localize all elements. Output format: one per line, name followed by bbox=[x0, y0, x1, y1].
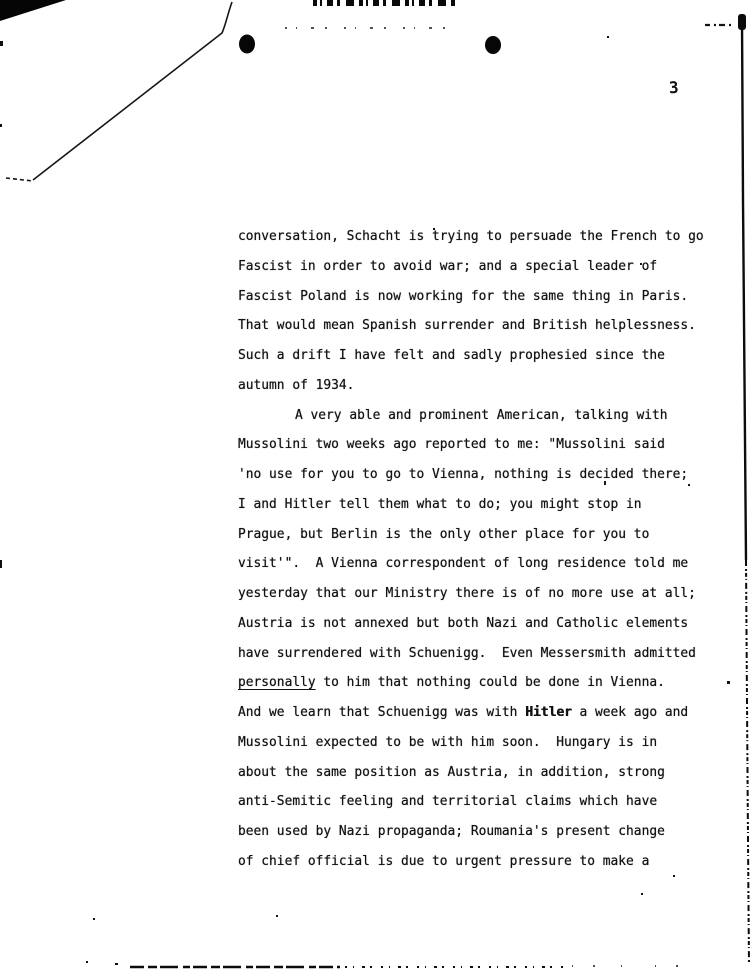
speck bbox=[727, 681, 730, 684]
text-line: And we learn that Schuenigg was with Hit… bbox=[238, 702, 718, 732]
scanned-document-page: 3 conversation, Schacht is trying to per… bbox=[0, 0, 750, 972]
punch-hole-left bbox=[239, 35, 255, 54]
text-line: autumn of 1934. bbox=[238, 375, 718, 405]
text-line: 'no use for you to go to Vienna, nothing… bbox=[238, 464, 718, 494]
text-line: have surrendered with Schuenigg. Even Me… bbox=[238, 643, 718, 673]
text-line: A very able and prominent American, talk… bbox=[238, 405, 718, 435]
right-edge-blob bbox=[738, 14, 746, 30]
left-edge-nick bbox=[0, 41, 3, 46]
text-line: about the same position as Austria, in a… bbox=[238, 762, 718, 792]
text-segment: a week ago and bbox=[572, 705, 688, 720]
text-segment: And we learn that Schuenigg was with bbox=[238, 705, 525, 720]
speck bbox=[607, 36, 609, 38]
right-edge-scan-line bbox=[742, 20, 746, 560]
text-segment: to him that nothing could be done in Vie… bbox=[316, 675, 665, 690]
text-line: Such a drift I have felt and sadly proph… bbox=[238, 345, 718, 375]
text-line: conversation, Schacht is trying to persu… bbox=[238, 226, 718, 256]
text-line: visit'". A Vienna correspondent of long … bbox=[238, 553, 718, 583]
text-line: Prague, but Berlin is the only other pla… bbox=[238, 524, 718, 554]
speck bbox=[93, 918, 95, 920]
text-line: Fascist Poland is now working for the sa… bbox=[238, 286, 718, 316]
document-body: conversation, Schacht is trying to persu… bbox=[238, 226, 718, 881]
text-segment: Hitler bbox=[525, 705, 572, 720]
left-edge-nick bbox=[0, 560, 2, 568]
text-line: of chief official is due to urgent press… bbox=[238, 851, 718, 881]
speck bbox=[115, 963, 118, 965]
right-edge-scan-line-lower bbox=[746, 560, 749, 964]
text-line: personally to him that nothing could be … bbox=[238, 672, 718, 702]
corner-fold-dashes bbox=[6, 178, 33, 181]
corner-shadow bbox=[0, 0, 66, 21]
speck bbox=[86, 961, 88, 963]
text-line: Austria is not annexed but both Nazi and… bbox=[238, 613, 718, 643]
text-line: Mussolini expected to be with him soon. … bbox=[238, 732, 718, 762]
text-line: I and Hitler tell them what to do; you m… bbox=[238, 494, 718, 524]
text-line: yesterday that our Ministry there is of … bbox=[238, 583, 718, 613]
text-line: Mussolini two weeks ago reported to me: … bbox=[238, 434, 718, 464]
corner-fold-line bbox=[33, 2, 232, 180]
text-line: That would mean Spanish surrender and Br… bbox=[238, 315, 718, 345]
left-edge-nick bbox=[0, 124, 2, 127]
speck bbox=[641, 893, 643, 895]
text-line: anti-Semitic feeling and territorial cla… bbox=[238, 791, 718, 821]
text-line: been used by Nazi propaganda; Roumania's… bbox=[238, 821, 718, 851]
underlined-word: personally bbox=[238, 675, 316, 690]
punch-hole-right bbox=[485, 36, 501, 54]
page-number: 3 bbox=[669, 78, 680, 97]
text-line: Fascist in order to avoid war; and a spe… bbox=[238, 256, 718, 286]
speck bbox=[276, 915, 278, 917]
